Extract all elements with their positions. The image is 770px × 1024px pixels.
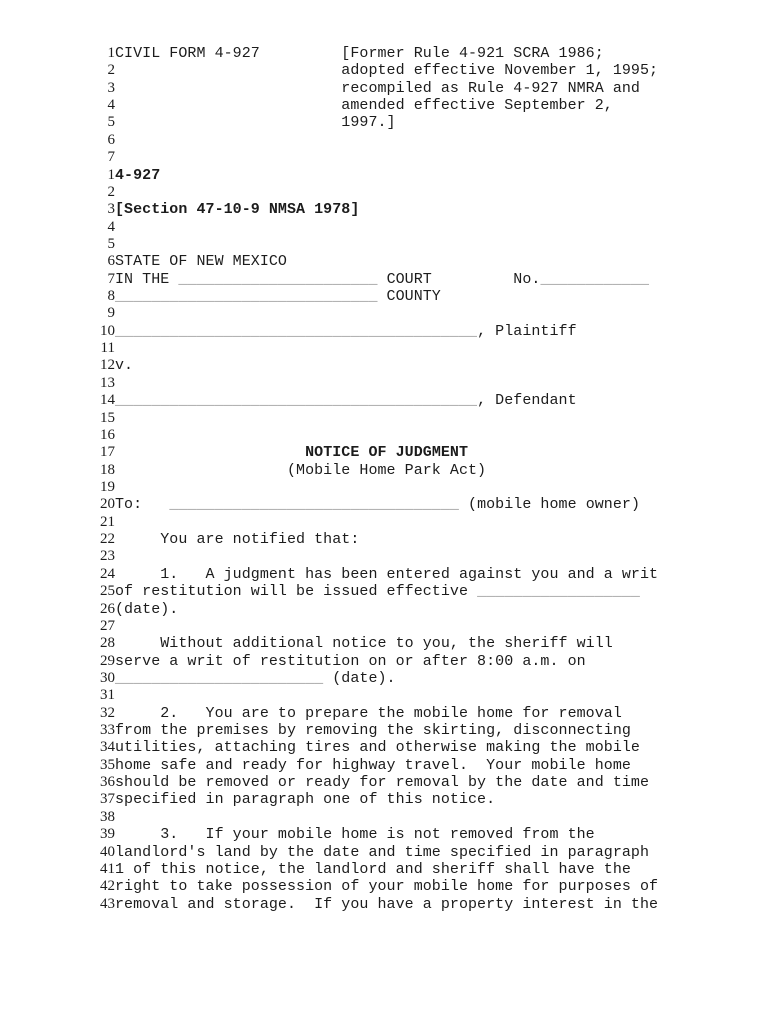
form-line: 17 NOTICE OF JUDGMENT [90, 444, 658, 461]
line-number: 42 [90, 878, 115, 895]
form-line: 35home safe and ready for highway travel… [90, 757, 658, 774]
line-text: ________________________________________… [115, 323, 577, 340]
form-text: IN THE [115, 271, 178, 288]
form-blank-field[interactable]: ______________________ [178, 271, 377, 288]
line-text: removal and storage. If you have a prope… [115, 896, 658, 913]
line-text: 1 of this notice, the landlord and sheri… [115, 861, 631, 878]
line-text: 2. You are to prepare the mobile home fo… [115, 705, 622, 722]
line-text: (Mobile Home Park Act) [115, 462, 486, 479]
form-line: 23 [90, 548, 658, 565]
line-number: 2 [90, 62, 115, 79]
line-number: 7 [90, 271, 115, 288]
line-text: IN THE ______________________ COURT No._… [115, 271, 649, 288]
line-number: 7 [90, 149, 115, 166]
line-number: 35 [90, 757, 115, 774]
line-number: 29 [90, 653, 115, 670]
form-blank-field[interactable]: _____________________________ [115, 288, 378, 305]
form-line: 16 [90, 427, 658, 444]
line-text: should be removed or ready for removal b… [115, 774, 649, 791]
form-text: You are notified that: [115, 531, 359, 548]
line-number: 33 [90, 722, 115, 739]
form-text: home safe and ready for highway travel. … [115, 757, 631, 774]
form-text: (mobile home owner) [459, 496, 640, 513]
form-text: amended effective September 2, [115, 97, 613, 114]
legal-form-document: 1CIVIL FORM 4-927 [Former Rule 4-921 SCR… [90, 45, 658, 913]
form-line: 19 [90, 479, 658, 496]
line-number: 31 [90, 687, 115, 704]
form-text: should be removed or ready for removal b… [115, 774, 649, 791]
form-line: 11 [90, 340, 658, 357]
line-number: 34 [90, 739, 115, 756]
form-blank-field[interactable]: __________________ [477, 583, 640, 600]
line-text: You are notified that: [115, 531, 359, 548]
line-number: 13 [90, 375, 115, 392]
form-line: 15 [90, 410, 658, 427]
line-number: 27 [90, 618, 115, 635]
form-text: , Plaintiff [477, 323, 577, 340]
form-line: 36should be removed or ready for removal… [90, 774, 658, 791]
line-number: 37 [90, 791, 115, 808]
line-text: 3. If your mobile home is not removed fr… [115, 826, 595, 843]
form-line: 39 3. If your mobile home is not removed… [90, 826, 658, 843]
form-text: (Mobile Home Park Act) [115, 462, 486, 479]
line-text: specified in paragraph one of this notic… [115, 791, 495, 808]
form-blank-field[interactable]: ________________________________________ [115, 323, 477, 340]
line-number: 2 [90, 184, 115, 201]
form-line: 32 2. You are to prepare the mobile home… [90, 705, 658, 722]
form-text [115, 444, 305, 461]
line-text: ________________________________________… [115, 392, 577, 409]
form-text: (date). [323, 670, 395, 687]
line-text: amended effective September 2, [115, 97, 613, 114]
line-number: 39 [90, 826, 115, 843]
line-number: 20 [90, 496, 115, 513]
form-line: 18 (Mobile Home Park Act) [90, 462, 658, 479]
form-line: 25of restitution will be issued effectiv… [90, 583, 658, 600]
line-number: 5 [90, 114, 115, 131]
form-text: serve a writ of restitution on or after … [115, 653, 586, 670]
document-page: 1CIVIL FORM 4-927 [Former Rule 4-921 SCR… [0, 0, 770, 1024]
form-line: 4 amended effective September 2, [90, 97, 658, 114]
form-line: 8_____________________________ COUNTY [90, 288, 658, 305]
line-text: Without additional notice to you, the sh… [115, 635, 613, 652]
line-number: 6 [90, 132, 115, 149]
form-text: right to take possession of your mobile … [115, 878, 658, 895]
line-number: 36 [90, 774, 115, 791]
form-line: 6 [90, 132, 658, 149]
form-line: 40landlord's land by the date and time s… [90, 844, 658, 861]
form-line: 12v. [90, 357, 658, 374]
line-number: 3 [90, 80, 115, 97]
line-number: 11 [90, 340, 115, 357]
form-text: adopted effective November 1, 1995; [115, 62, 658, 79]
form-line: 5 1997.] [90, 114, 658, 131]
line-text: v. [115, 357, 133, 374]
line-text: utilities, attaching tires and otherwise… [115, 739, 640, 756]
form-text: utilities, attaching tires and otherwise… [115, 739, 640, 756]
line-text: adopted effective November 1, 1995; [115, 62, 658, 79]
form-text: Without additional notice to you, the sh… [115, 635, 613, 652]
form-text: 1997.] [115, 114, 396, 131]
form-line: 26(date). [90, 601, 658, 618]
line-number: 32 [90, 705, 115, 722]
form-text: , Defendant [477, 392, 577, 409]
line-number: 12 [90, 357, 115, 374]
line-number: 18 [90, 462, 115, 479]
form-text: CIVIL FORM 4-927 [Former Rule 4-921 SCRA… [115, 45, 604, 62]
line-text: [Section 47-10-9 NMSA 1978] [115, 201, 359, 218]
form-line: 20To: ________________________________ (… [90, 496, 658, 513]
line-number: 3 [90, 201, 115, 218]
form-blank-field[interactable]: ____________ [540, 271, 649, 288]
line-number: 40 [90, 844, 115, 861]
line-number: 6 [90, 253, 115, 270]
line-text: of restitution will be issued effective … [115, 583, 640, 600]
form-text: NOTICE OF JUDGMENT [305, 444, 468, 461]
form-text: To: [115, 496, 169, 513]
line-number: 43 [90, 896, 115, 913]
line-number: 30 [90, 670, 115, 687]
form-line: 34utilities, attaching tires and otherwi… [90, 739, 658, 756]
line-number: 8 [90, 288, 115, 305]
form-text: removal and storage. If you have a prope… [115, 896, 658, 913]
form-blank-field[interactable]: ________________________________________ [115, 392, 477, 409]
form-line: 28 Without additional notice to you, the… [90, 635, 658, 652]
form-line: 29serve a writ of restitution on or afte… [90, 653, 658, 670]
form-text: 1 of this notice, the landlord and sheri… [115, 861, 631, 878]
line-number: 16 [90, 427, 115, 444]
line-text: serve a writ of restitution on or after … [115, 653, 586, 670]
line-number: 9 [90, 305, 115, 322]
line-number: 28 [90, 635, 115, 652]
form-text: landlord's land by the date and time spe… [115, 844, 649, 861]
form-line: 10______________________________________… [90, 323, 658, 340]
form-line: 27 [90, 618, 658, 635]
line-number: 4 [90, 97, 115, 114]
form-line: 7IN THE ______________________ COURT No.… [90, 271, 658, 288]
form-line: 7 [90, 149, 658, 166]
line-text: NOTICE OF JUDGMENT [115, 444, 468, 461]
form-text: specified in paragraph one of this notic… [115, 791, 495, 808]
form-text: [Section 47-10-9 NMSA 1978] [115, 201, 359, 218]
form-line: 31 [90, 687, 658, 704]
line-text: _______________________ (date). [115, 670, 396, 687]
line-text: landlord's land by the date and time spe… [115, 844, 649, 861]
line-text: CIVIL FORM 4-927 [Former Rule 4-921 SCRA… [115, 45, 604, 62]
form-line: 38 [90, 809, 658, 826]
line-number: 26 [90, 601, 115, 618]
form-text: of restitution will be issued effective [115, 583, 477, 600]
form-line: 21 [90, 514, 658, 531]
form-line: 42right to take possession of your mobil… [90, 878, 658, 895]
form-line: 14______________________________________… [90, 392, 658, 409]
form-line: 14-927 [90, 167, 658, 184]
form-text: 3. If your mobile home is not removed fr… [115, 826, 595, 843]
form-line: 5 [90, 236, 658, 253]
form-line: 1CIVIL FORM 4-927 [Former Rule 4-921 SCR… [90, 45, 658, 62]
line-text: right to take possession of your mobile … [115, 878, 658, 895]
line-text: 4-927 [115, 167, 160, 184]
form-blank-field[interactable]: _______________________ [115, 670, 323, 687]
form-line: 2 [90, 184, 658, 201]
line-text: 1997.] [115, 114, 396, 131]
line-text: (date). [115, 601, 178, 618]
form-text: STATE OF NEW MEXICO [115, 253, 287, 270]
line-number: 15 [90, 410, 115, 427]
form-text: 1. A judgment has been entered against y… [115, 566, 658, 583]
form-line: 4 [90, 219, 658, 236]
line-number: 19 [90, 479, 115, 496]
form-text: from the premises by removing the skirti… [115, 722, 631, 739]
line-number: 41 [90, 861, 115, 878]
form-text: 4-927 [115, 167, 160, 184]
form-line: 33from the premises by removing the skir… [90, 722, 658, 739]
form-line: 3 recompiled as Rule 4-927 NMRA and [90, 80, 658, 97]
form-line: 22 You are notified that: [90, 531, 658, 548]
form-text: (date). [115, 601, 178, 618]
form-line: 411 of this notice, the landlord and she… [90, 861, 658, 878]
line-text: To: ________________________________ (mo… [115, 496, 640, 513]
line-text: home safe and ready for highway travel. … [115, 757, 631, 774]
line-text: _____________________________ COUNTY [115, 288, 441, 305]
form-text: 2. You are to prepare the mobile home fo… [115, 705, 622, 722]
line-number: 5 [90, 236, 115, 253]
form-text: COUNTY [378, 288, 441, 305]
line-number: 25 [90, 583, 115, 600]
line-text: 1. A judgment has been entered against y… [115, 566, 658, 583]
line-number: 1 [90, 167, 115, 184]
form-line: 9 [90, 305, 658, 322]
form-line: 30_______________________ (date). [90, 670, 658, 687]
form-text: recompiled as Rule 4-927 NMRA and [115, 80, 640, 97]
line-number: 4 [90, 219, 115, 236]
line-number: 14 [90, 392, 115, 409]
form-line: 43removal and storage. If you have a pro… [90, 896, 658, 913]
form-line: 24 1. A judgment has been entered agains… [90, 566, 658, 583]
line-text: recompiled as Rule 4-927 NMRA and [115, 80, 640, 97]
line-number: 17 [90, 444, 115, 461]
form-text: v. [115, 357, 133, 374]
form-blank-field[interactable]: ________________________________ [169, 496, 459, 513]
form-line: 37specified in paragraph one of this not… [90, 791, 658, 808]
form-line: 3[Section 47-10-9 NMSA 1978] [90, 201, 658, 218]
form-line: 6STATE OF NEW MEXICO [90, 253, 658, 270]
line-number: 21 [90, 514, 115, 531]
line-number: 1 [90, 45, 115, 62]
line-text: from the premises by removing the skirti… [115, 722, 631, 739]
line-number: 10 [90, 323, 115, 340]
line-number: 23 [90, 548, 115, 565]
line-number: 22 [90, 531, 115, 548]
line-number: 38 [90, 809, 115, 826]
form-line: 13 [90, 375, 658, 392]
form-text: COURT No. [378, 271, 541, 288]
form-line: 2 adopted effective November 1, 1995; [90, 62, 658, 79]
line-text: STATE OF NEW MEXICO [115, 253, 287, 270]
line-number: 24 [90, 566, 115, 583]
